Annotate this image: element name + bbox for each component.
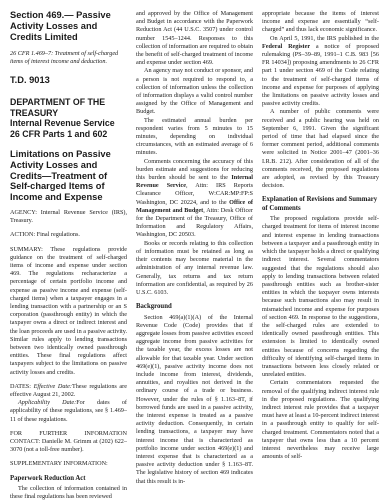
public-comments-paragraph: A number of public comments were receive… <box>262 108 379 190</box>
inappropriate-continued-paragraph: appropriate because the items of interes… <box>262 10 379 35</box>
cfr-note: 26 CFR 1.469–7: Treatment of self-charge… <box>10 50 127 66</box>
indirect-interest-paragraph: Certain commentators requested the remov… <box>262 379 379 461</box>
burden-estimate-paragraph: The estimated annual burden per responde… <box>136 117 253 158</box>
section-title: Section 469.— Passive Activity Losses an… <box>10 10 127 42</box>
dates-paragraph: DATES: Effective Date:These regulations … <box>10 383 127 399</box>
agency-paragraph: AGENCY: Internal Revenue Service (IRS), … <box>10 209 127 225</box>
federal-register-paragraph: On April 5, 1991, the IRS published in t… <box>262 35 379 109</box>
proposed-regulations-paragraph: The proposed regulations provide self-ch… <box>262 215 379 379</box>
agency-sponsor-paragraph: An agency may not conduct or sponsor, an… <box>136 67 253 116</box>
document-page: Section 469.— Passive Activity Losses an… <box>0 0 388 504</box>
cfr-parts-subheading: 26 CFR Parts 1 and 602 <box>10 129 127 139</box>
column-left: Section 469.— Passive Activity Losses an… <box>10 10 127 500</box>
supplementary-heading: SUPPLEMENTARY INFORMATION: <box>10 460 127 468</box>
summary-paragraph: SUMMARY: These regulations provide guida… <box>10 246 127 377</box>
action-paragraph: ACTION: Final regulations. <box>10 231 127 239</box>
agency-subheading: Internal Revenue Service <box>10 118 127 128</box>
background-paragraph: Section 469(a)(1)(A) of the Internal Rev… <box>136 314 253 486</box>
regulation-title: Limitations on Passive Activity Losses a… <box>10 149 127 203</box>
paperwork-heading: Paperwork Reduction Act <box>10 475 127 483</box>
burden-comments-paragraph: Comments concerning the accuracy of this… <box>136 158 253 240</box>
contact-paragraph: FOR FURTHER INFORMATION CONTACT: Daniell… <box>10 430 127 455</box>
paperwork-continued-paragraph: and approved by the Office of Management… <box>136 10 253 67</box>
applicability-paragraph: Applicability Date:For dates of applicab… <box>10 399 127 424</box>
paperwork-intro-paragraph: The collection of information contained … <box>10 485 127 501</box>
explanation-heading: Explanation of Revisions and Summary of … <box>262 196 379 213</box>
column-right: appropriate because the items of interes… <box>262 10 379 500</box>
department-heading: DEPARTMENT OF THE TREASURY <box>10 97 127 118</box>
td-number: T.D. 9013 <box>10 75 127 86</box>
records-retention-paragraph: Books or records relating to this collec… <box>136 240 253 297</box>
background-heading: Background <box>136 303 253 311</box>
column-middle: and approved by the Office of Management… <box>136 10 253 500</box>
